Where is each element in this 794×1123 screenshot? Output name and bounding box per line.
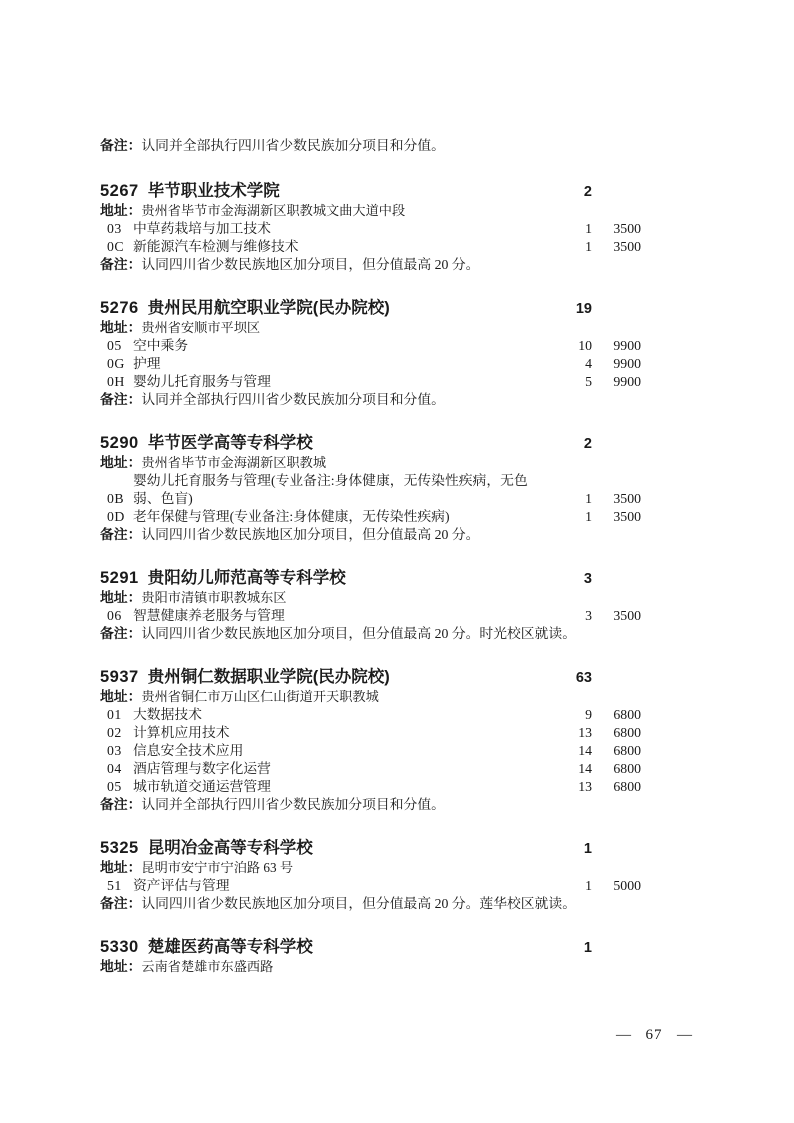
major-plan-count: 4 bbox=[542, 355, 592, 373]
address-text: 贵州省铜仁市万山区仁山街道开天职教城 bbox=[141, 689, 378, 704]
majors-list: 05 空中乘务 10 9900 0G 护理 4 9900 0H 婴幼儿托育服务与… bbox=[100, 337, 641, 391]
school-header: 5290 毕节医学高等专科学校 2 bbox=[100, 433, 641, 454]
school-header: 5291 贵阳幼儿师范高等专科学校 3 bbox=[100, 568, 641, 589]
document-page: 备注：认同并全部执行四川省少数民族加分项目和分值。 5267 毕节职业技术学院 … bbox=[0, 0, 794, 1123]
address-label: 地址： bbox=[100, 590, 141, 605]
major-tuition-fee: 3500 bbox=[592, 238, 641, 256]
school-address-line: 地址：贵州省毕节市金海湖新区职教城 bbox=[100, 454, 641, 472]
major-row: 0C 新能源汽车检测与维修技术 1 3500 bbox=[100, 238, 641, 256]
school-code: 5267 bbox=[100, 181, 139, 201]
school-name: 毕节医学高等专科学校 bbox=[148, 433, 542, 453]
school-address-line: 地址：云南省楚雄市东盛西路 bbox=[100, 958, 641, 976]
school-name: 贵阳幼儿师范高等专科学校 bbox=[148, 568, 542, 588]
school-total-count: 2 bbox=[542, 182, 592, 202]
school-section: 5291 贵阳幼儿师范高等专科学校 3 地址：贵阳市清镇市职教城东区 06 智慧… bbox=[100, 568, 641, 643]
major-code: 05 bbox=[107, 337, 133, 355]
page-number-dash-right: — bbox=[677, 1027, 692, 1044]
address-label: 地址： bbox=[100, 320, 141, 335]
school-address-line: 地址：贵阳市清镇市职教城东区 bbox=[100, 589, 641, 607]
major-plan-count: 10 bbox=[542, 337, 592, 355]
majors-list: 0B 婴幼儿托育服务与管理(专业备注:身体健康，无传染性疾病，无色弱、色盲) 1… bbox=[100, 472, 641, 526]
major-tuition-fee: 9900 bbox=[592, 373, 641, 391]
major-plan-count: 1 bbox=[542, 508, 592, 526]
major-name: 城市轨道交通运营管理 bbox=[133, 778, 542, 796]
school-address-line: 地址：贵州省安顺市平坝区 bbox=[100, 319, 641, 337]
address-text: 贵州省毕节市金海湖新区职教城 bbox=[141, 455, 326, 470]
school-section: 5325 昆明冶金高等专科学校 1 地址：昆明市安宁市宁泊路 63 号 51 资… bbox=[100, 838, 641, 913]
major-code: 0B bbox=[107, 490, 133, 508]
major-tuition-fee: 3500 bbox=[592, 490, 641, 508]
major-code: 0D bbox=[107, 508, 133, 526]
major-code: 06 bbox=[107, 607, 133, 625]
major-plan-count: 13 bbox=[542, 778, 592, 796]
note-label: 备注： bbox=[100, 392, 141, 407]
note-label: 备注： bbox=[100, 527, 141, 542]
school-code: 5325 bbox=[100, 838, 139, 858]
address-text: 昆明市安宁市宁泊路 63 号 bbox=[141, 860, 293, 875]
major-plan-count: 3 bbox=[542, 607, 592, 625]
school-total-count: 19 bbox=[542, 299, 592, 319]
majors-list: 51 资产评估与管理 1 5000 bbox=[100, 877, 641, 895]
major-name: 护理 bbox=[133, 355, 542, 373]
continuation-note: 备注：认同并全部执行四川省少数民族加分项目和分值。 bbox=[100, 137, 641, 155]
major-row: 51 资产评估与管理 1 5000 bbox=[100, 877, 641, 895]
school-total-count: 3 bbox=[542, 569, 592, 589]
major-row: 06 智慧健康养老服务与管理 3 3500 bbox=[100, 607, 641, 625]
major-tuition-fee: 5000 bbox=[592, 877, 641, 895]
major-tuition-fee: 6800 bbox=[592, 724, 641, 742]
school-note: 备注：认同并全部执行四川省少数民族加分项目和分值。 bbox=[100, 391, 641, 409]
school-code: 5276 bbox=[100, 298, 139, 318]
school-note: 备注：认同并全部执行四川省少数民族加分项目和分值。 bbox=[100, 796, 641, 814]
major-tuition-fee: 6800 bbox=[592, 778, 641, 796]
major-row: 05 城市轨道交通运营管理 13 6800 bbox=[100, 778, 641, 796]
address-label: 地址： bbox=[100, 203, 141, 218]
school-address-line: 地址：贵州省铜仁市万山区仁山街道开天职教城 bbox=[100, 688, 641, 706]
schools-list: 5267 毕节职业技术学院 2 地址：贵州省毕节市金海湖新区职教城文曲大道中段 … bbox=[100, 181, 641, 976]
major-row: 05 空中乘务 10 9900 bbox=[100, 337, 641, 355]
note-label: 备注： bbox=[100, 797, 141, 812]
majors-list: 01 大数据技术 9 6800 02 计算机应用技术 13 6800 03 信息… bbox=[100, 706, 641, 796]
majors-list: 06 智慧健康养老服务与管理 3 3500 bbox=[100, 607, 641, 625]
note-text: 认同四川省少数民族地区加分项目，但分值最高 20 分。 bbox=[141, 527, 479, 542]
major-row: 0H 婴幼儿托育服务与管理 5 9900 bbox=[100, 373, 641, 391]
major-tuition-fee: 9900 bbox=[592, 337, 641, 355]
page-content: 备注：认同并全部执行四川省少数民族加分项目和分值。 5267 毕节职业技术学院 … bbox=[100, 137, 641, 976]
major-plan-count: 1 bbox=[542, 238, 592, 256]
major-plan-count: 9 bbox=[542, 706, 592, 724]
school-header: 5330 楚雄医药高等专科学校 1 bbox=[100, 937, 641, 958]
major-row: 03 信息安全技术应用 14 6800 bbox=[100, 742, 641, 760]
major-code: 0H bbox=[107, 373, 133, 391]
note-label: 备注： bbox=[100, 626, 141, 641]
school-note: 备注：认同四川省少数民族地区加分项目，但分值最高 20 分。莲华校区就读。 bbox=[100, 895, 641, 913]
address-text: 贵州省毕节市金海湖新区职教城文曲大道中段 bbox=[141, 203, 405, 218]
major-tuition-fee: 6800 bbox=[592, 706, 641, 724]
major-plan-count: 1 bbox=[542, 220, 592, 238]
major-code: 04 bbox=[107, 760, 133, 778]
major-name: 酒店管理与数字化运营 bbox=[133, 760, 542, 778]
major-row: 02 计算机应用技术 13 6800 bbox=[100, 724, 641, 742]
major-tuition-fee: 3500 bbox=[592, 607, 641, 625]
school-code: 5937 bbox=[100, 667, 139, 687]
major-row: 01 大数据技术 9 6800 bbox=[100, 706, 641, 724]
major-tuition-fee: 9900 bbox=[592, 355, 641, 373]
school-name: 昆明冶金高等专科学校 bbox=[148, 838, 542, 858]
major-row: 0B 婴幼儿托育服务与管理(专业备注:身体健康，无传染性疾病，无色弱、色盲) 1… bbox=[100, 472, 641, 508]
address-label: 地址： bbox=[100, 455, 141, 470]
note-text: 认同并全部执行四川省少数民族加分项目和分值。 bbox=[141, 797, 445, 812]
major-row: 0D 老年保健与管理(专业备注:身体健康，无传染性疾病) 1 3500 bbox=[100, 508, 641, 526]
school-total-count: 2 bbox=[542, 434, 592, 454]
continuation-note-text: 认同并全部执行四川省少数民族加分项目和分值。 bbox=[141, 138, 445, 153]
major-code: 02 bbox=[107, 724, 133, 742]
major-name: 计算机应用技术 bbox=[133, 724, 542, 742]
major-code: 03 bbox=[107, 742, 133, 760]
address-text: 贵阳市清镇市职教城东区 bbox=[141, 590, 286, 605]
major-tuition-fee: 3500 bbox=[592, 220, 641, 238]
school-section: 5290 毕节医学高等专科学校 2 地址：贵州省毕节市金海湖新区职教城 0B 婴… bbox=[100, 433, 641, 544]
school-address-line: 地址：贵州省毕节市金海湖新区职教城文曲大道中段 bbox=[100, 202, 641, 220]
page-number: — 67 — bbox=[616, 1027, 692, 1044]
major-code: 01 bbox=[107, 706, 133, 724]
school-section: 5330 楚雄医药高等专科学校 1 地址：云南省楚雄市东盛西路 bbox=[100, 937, 641, 976]
address-label: 地址： bbox=[100, 689, 141, 704]
major-code: 05 bbox=[107, 778, 133, 796]
school-total-count: 63 bbox=[542, 668, 592, 688]
major-name: 新能源汽车检测与维修技术 bbox=[133, 238, 542, 256]
major-plan-count: 5 bbox=[542, 373, 592, 391]
note-text: 认同四川省少数民族地区加分项目，但分值最高 20 分。莲华校区就读。 bbox=[141, 896, 576, 911]
major-name: 中草药栽培与加工技术 bbox=[133, 220, 542, 238]
major-name: 大数据技术 bbox=[133, 706, 542, 724]
note-text: 认同四川省少数民族地区加分项目，但分值最高 20 分。时光校区就读。 bbox=[141, 626, 576, 641]
address-text: 贵州省安顺市平坝区 bbox=[141, 320, 260, 335]
address-text: 云南省楚雄市东盛西路 bbox=[141, 959, 273, 974]
major-code: 0C bbox=[107, 238, 133, 256]
school-section: 5276 贵州民用航空职业学院(民办院校) 19 地址：贵州省安顺市平坝区 05… bbox=[100, 298, 641, 409]
note-label: 备注： bbox=[100, 896, 141, 911]
note-text: 认同四川省少数民族地区加分项目，但分值最高 20 分。 bbox=[141, 257, 479, 272]
major-tuition-fee: 6800 bbox=[592, 760, 641, 778]
page-number-dash-left: — bbox=[616, 1027, 631, 1044]
major-name: 空中乘务 bbox=[133, 337, 542, 355]
school-note: 备注：认同四川省少数民族地区加分项目，但分值最高 20 分。时光校区就读。 bbox=[100, 625, 641, 643]
major-tuition-fee: 3500 bbox=[592, 508, 641, 526]
major-name: 婴幼儿托育服务与管理(专业备注:身体健康，无传染性疾病，无色弱、色盲) bbox=[133, 472, 542, 508]
note-text: 认同并全部执行四川省少数民族加分项目和分值。 bbox=[141, 392, 445, 407]
major-plan-count: 13 bbox=[542, 724, 592, 742]
page-number-value: 67 bbox=[646, 1027, 663, 1044]
address-label: 地址： bbox=[100, 959, 141, 974]
school-code: 5291 bbox=[100, 568, 139, 588]
major-tuition-fee: 6800 bbox=[592, 742, 641, 760]
school-name: 贵州铜仁数据职业学院(民办院校) bbox=[148, 667, 542, 687]
major-code: 51 bbox=[107, 877, 133, 895]
major-plan-count: 14 bbox=[542, 742, 592, 760]
majors-list: 03 中草药栽培与加工技术 1 3500 0C 新能源汽车检测与维修技术 1 3… bbox=[100, 220, 641, 256]
school-name: 毕节职业技术学院 bbox=[148, 181, 542, 201]
major-plan-count: 1 bbox=[542, 490, 592, 508]
major-plan-count: 1 bbox=[542, 877, 592, 895]
school-note: 备注：认同四川省少数民族地区加分项目，但分值最高 20 分。 bbox=[100, 256, 641, 274]
major-row: 0G 护理 4 9900 bbox=[100, 355, 641, 373]
major-name: 老年保健与管理(专业备注:身体健康，无传染性疾病) bbox=[133, 508, 542, 526]
school-total-count: 1 bbox=[542, 938, 592, 958]
school-header: 5276 贵州民用航空职业学院(民办院校) 19 bbox=[100, 298, 641, 319]
school-name: 贵州民用航空职业学院(民办院校) bbox=[148, 298, 542, 318]
school-code: 5330 bbox=[100, 937, 139, 957]
school-code: 5290 bbox=[100, 433, 139, 453]
major-row: 04 酒店管理与数字化运营 14 6800 bbox=[100, 760, 641, 778]
school-header: 5937 贵州铜仁数据职业学院(民办院校) 63 bbox=[100, 667, 641, 688]
school-note: 备注：认同四川省少数民族地区加分项目，但分值最高 20 分。 bbox=[100, 526, 641, 544]
major-name: 婴幼儿托育服务与管理 bbox=[133, 373, 542, 391]
major-name: 资产评估与管理 bbox=[133, 877, 542, 895]
major-row: 03 中草药栽培与加工技术 1 3500 bbox=[100, 220, 641, 238]
school-name: 楚雄医药高等专科学校 bbox=[148, 937, 542, 957]
school-total-count: 1 bbox=[542, 839, 592, 859]
note-label: 备注： bbox=[100, 257, 141, 272]
major-code: 03 bbox=[107, 220, 133, 238]
continuation-note-label: 备注： bbox=[100, 138, 141, 153]
school-section: 5267 毕节职业技术学院 2 地址：贵州省毕节市金海湖新区职教城文曲大道中段 … bbox=[100, 181, 641, 274]
school-section: 5937 贵州铜仁数据职业学院(民办院校) 63 地址：贵州省铜仁市万山区仁山街… bbox=[100, 667, 641, 814]
major-name: 信息安全技术应用 bbox=[133, 742, 542, 760]
address-label: 地址： bbox=[100, 860, 141, 875]
major-plan-count: 14 bbox=[542, 760, 592, 778]
major-code: 0G bbox=[107, 355, 133, 373]
school-header: 5325 昆明冶金高等专科学校 1 bbox=[100, 838, 641, 859]
school-header: 5267 毕节职业技术学院 2 bbox=[100, 181, 641, 202]
major-name: 智慧健康养老服务与管理 bbox=[133, 607, 542, 625]
school-address-line: 地址：昆明市安宁市宁泊路 63 号 bbox=[100, 859, 641, 877]
